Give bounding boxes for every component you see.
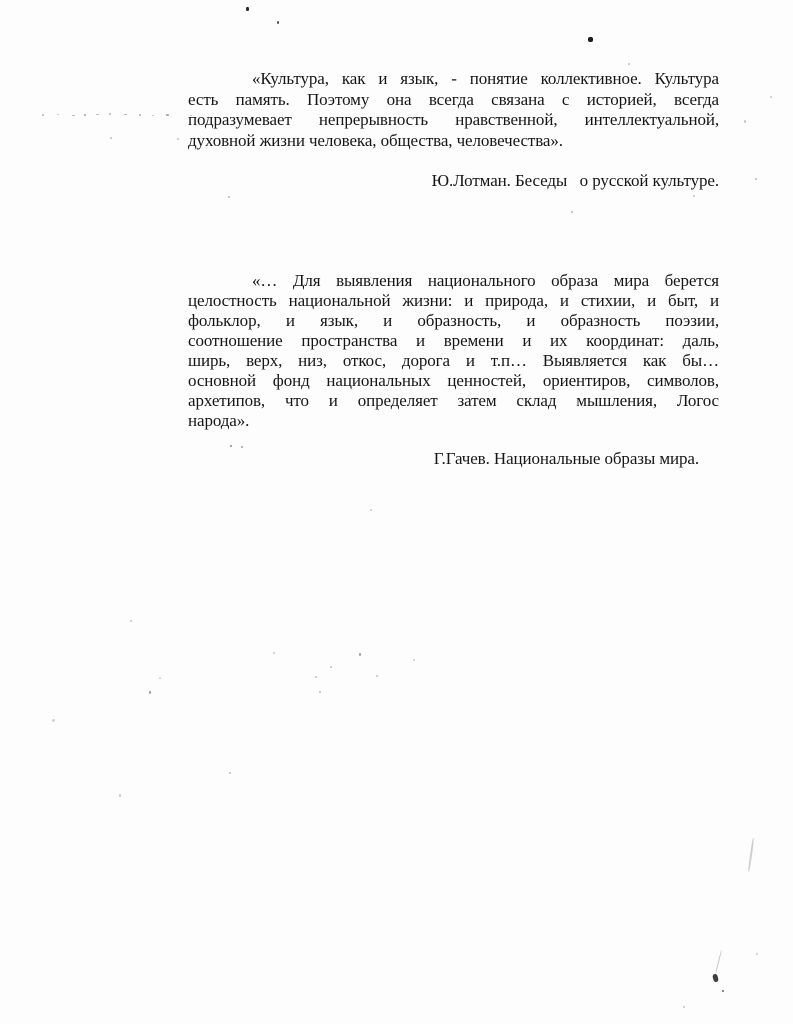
scan-speck [84, 114, 86, 116]
scan-speck [722, 990, 724, 992]
scan-speck [744, 120, 746, 123]
scan-speck [152, 115, 154, 116]
scan-speck [683, 1006, 685, 1008]
scan-speck [628, 63, 630, 65]
scan-speck [756, 953, 758, 955]
scan-speck [159, 677, 161, 679]
scan-speck [319, 691, 321, 693]
quote-line: «Культура, как и язык, - понятие коллект… [188, 69, 719, 90]
scanned-page: «Культура, как и язык, - понятие коллект… [0, 0, 793, 1024]
scan-speck [57, 114, 59, 115]
scan-speck [229, 772, 231, 774]
scan-speck [109, 113, 111, 115]
scan-speck [246, 7, 249, 11]
quote-line: фольклор, и язык, и образность, и образн… [188, 311, 719, 331]
attribution-gachev: Г.Гачев. Национальные образы мира. [188, 449, 719, 469]
scan-speck [130, 620, 132, 622]
scan-speck [72, 115, 75, 116]
quote-line: целостность национальной жизни: и природ… [188, 291, 719, 311]
quote-line: народа». [188, 411, 719, 431]
scan-speck [177, 138, 179, 140]
scan-speck [748, 838, 755, 872]
scan-speck [42, 114, 44, 116]
scan-speck [110, 137, 112, 139]
scan-speck [277, 21, 279, 24]
scan-speck [370, 509, 372, 511]
scan-speck [119, 794, 121, 797]
scan-speck [413, 659, 415, 661]
scan-speck [228, 196, 230, 198]
scan-speck [755, 178, 757, 180]
quote-line: ширь, верх, низ, откос, дорога и т.п… Вы… [188, 351, 719, 371]
scan-speck [770, 96, 772, 98]
scan-speck [124, 114, 127, 115]
quote-line: есть память. Поэтому она всегда связана … [188, 90, 719, 111]
scan-speck [96, 114, 99, 115]
scan-speck [330, 666, 332, 668]
quote-line: подразумевает непрерывность нравственной… [188, 110, 719, 131]
scan-speck [52, 719, 55, 722]
scan-speck [359, 653, 361, 656]
scan-speck [315, 676, 317, 678]
scan-speck [715, 950, 722, 974]
quote-line: духовной жизни человека, общества, челов… [188, 131, 719, 152]
scan-speck [588, 37, 593, 42]
scan-speck [230, 445, 232, 447]
attribution-lotman: Ю.Лотман. Беседы о русской культуре. [188, 171, 719, 191]
quote-line: «… Для выявления национального образа ми… [188, 271, 719, 291]
scan-speck [149, 691, 151, 694]
scan-speck [376, 675, 378, 677]
scan-speck [712, 973, 719, 982]
scan-speck [241, 446, 243, 448]
quote-line: основной фонд национальных ценностей, ор… [188, 371, 719, 391]
scan-speck [693, 195, 695, 197]
scan-speck [273, 652, 275, 654]
quote-2: «… Для выявления национального образа ми… [188, 271, 719, 431]
quote-line: соотношение пространства и времени и их … [188, 331, 719, 351]
scan-speck [571, 211, 573, 213]
quote-line: архетипов, что и определяет затем склад … [188, 391, 719, 411]
scan-speck [139, 114, 141, 116]
quote-1: «Культура, как и язык, - понятие коллект… [188, 69, 719, 151]
scan-speck [166, 114, 169, 116]
